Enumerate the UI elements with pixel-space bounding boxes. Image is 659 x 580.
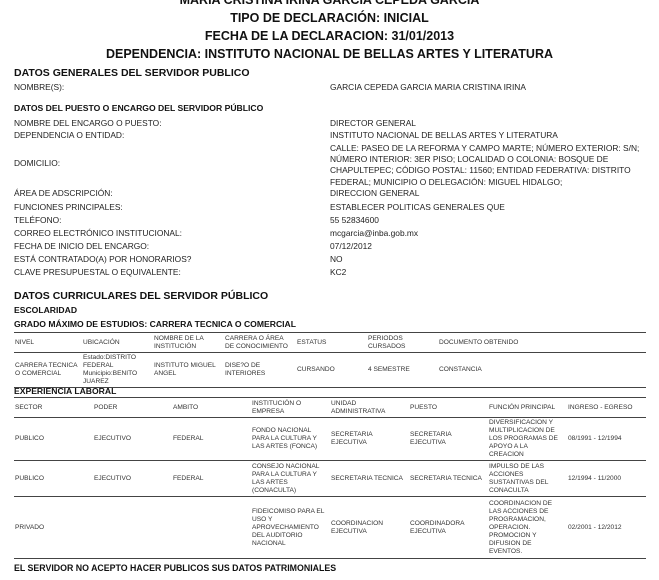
column-header: PERIODOS CURSADOS xyxy=(367,333,438,353)
table-cell: PRIVADO xyxy=(14,497,93,559)
field-value: DIRECTOR GENERAL xyxy=(330,118,640,129)
table-row: PRIVADOFIDEICOMISO PARA EL USO Y APROVEC… xyxy=(14,497,646,559)
section-title-datos-puesto: DATOS DEL PUESTO O ENCARGO DEL SERVIDOR … xyxy=(14,103,263,113)
table-cell: CONSTANCIA xyxy=(438,353,646,388)
column-header: AMBITO xyxy=(172,398,251,418)
field-label: TELÉFONO: xyxy=(14,215,61,225)
field-value: DIRECCION GENERAL xyxy=(330,188,640,199)
table-cell: 4 SEMESTRE xyxy=(367,353,438,388)
table-cell: PUBLICO xyxy=(14,418,93,461)
table-cell: SECRETARIA EJECUTIVA xyxy=(409,418,488,461)
section-title-curriculares: DATOS CURRICULARES DEL SERVIDOR PÚBLICO xyxy=(14,290,268,302)
column-header: DOCUMENTO OBTENIDO xyxy=(438,333,646,353)
declaration-type: TIPO DE DECLARACIÓN: INICIAL xyxy=(0,9,659,27)
table-row: PUBLICOEJECUTIVOFEDERALCONSEJO NACIONAL … xyxy=(14,461,646,497)
document-header: MARIA CRISTINA IRINA GARCIA CEPEDA GARCI… xyxy=(0,0,659,63)
experiencia-table: SECTORPODERAMBITOINSTITUCIÓN O EMPRESAUN… xyxy=(14,397,646,559)
table-cell: IMPULSO DE LAS ACCIONES SUSTANTIVAS DEL … xyxy=(488,461,567,497)
section-title-datos-generales: DATOS GENERALES DEL SERVIDOR PUBLICO xyxy=(14,67,250,79)
table-cell: 02/2001 - 12/2012 xyxy=(567,497,646,559)
grado-maximo: GRADO MÁXIMO DE ESTUDIOS: CARRERA TECNIC… xyxy=(14,319,296,329)
field-label: NOMBRE DEL ENCARGO O PUESTO: xyxy=(14,118,162,128)
table-cell: DISE?O DE INTERIORES xyxy=(224,353,296,388)
table-header-row: SECTORPODERAMBITOINSTITUCIÓN O EMPRESAUN… xyxy=(14,398,646,418)
table-cell: COORDINADORA EJECUTIVA xyxy=(409,497,488,559)
table-row: CARRERA TECNICA O COMERCIALEstado:DISTRI… xyxy=(14,353,646,388)
table-cell: 08/1991 - 12/1994 xyxy=(567,418,646,461)
field-value: INSTITUTO NACIONAL DE BELLAS ARTES Y LIT… xyxy=(330,130,640,141)
column-header: ESTATUS xyxy=(296,333,367,353)
field-value: 07/12/2012 xyxy=(330,241,640,252)
patrimonial-notice: EL SERVIDOR NO ACEPTO HACER PUBLICOS SUS… xyxy=(14,563,336,573)
column-header: SECTOR xyxy=(14,398,93,418)
table-cell: FEDERAL xyxy=(172,461,251,497)
declaration-date: FECHA DE LA DECLARACION: 31/01/2013 xyxy=(0,27,659,45)
field-value: KC2 xyxy=(330,267,640,278)
table-cell: EJECUTIVO xyxy=(93,461,172,497)
table-cell: PUBLICO xyxy=(14,461,93,497)
declarant-name: MARIA CRISTINA IRINA GARCIA CEPEDA GARCI… xyxy=(0,0,659,9)
escolaridad-table: NIVELUBICACIÓNNOMBRE DE LA INSTITUCIÓNCA… xyxy=(14,332,646,388)
table-cell: FIDEICOMISO PARA EL USO Y APROVECHAMIENT… xyxy=(251,497,330,559)
table-cell xyxy=(172,497,251,559)
field-value: 55 52834600 xyxy=(330,215,640,226)
table-cell xyxy=(93,497,172,559)
declaration-agency: DEPENDENCIA: INSTITUTO NACIONAL DE BELLA… xyxy=(0,45,659,63)
table-cell: DIVERSIFICACION Y MULTIPLICACION DE LOS … xyxy=(488,418,567,461)
table-cell: FEDERAL xyxy=(172,418,251,461)
column-header: PODER xyxy=(93,398,172,418)
field-label: FECHA DE INICIO DEL ENCARGO: xyxy=(14,241,149,251)
table-cell: 12/1994 - 11/2000 xyxy=(567,461,646,497)
table-cell: CURSANDO xyxy=(296,353,367,388)
table-cell: INSTITUTO MIGUEL ANGEL xyxy=(153,353,224,388)
table-cell: FONDO NACIONAL PARA LA CULTURA Y LAS ART… xyxy=(251,418,330,461)
table-cell: SECRETARIA TECNICA xyxy=(330,461,409,497)
table-row: PUBLICOEJECUTIVOFEDERALFONDO NACIONAL PA… xyxy=(14,418,646,461)
table-cell: Estado:DISTRITO FEDERAL Municipio:BENITO… xyxy=(82,353,153,388)
table-header-row: NIVELUBICACIÓNNOMBRE DE LA INSTITUCIÓNCA… xyxy=(14,333,646,353)
section-title-experiencia: EXPERIENCIA LABORAL xyxy=(14,386,116,396)
field-label: NOMBRE(S): xyxy=(14,82,64,92)
table-cell: CARRERA TECNICA O COMERCIAL xyxy=(14,353,82,388)
table-cell: CONSEJO NACIONAL PARA LA CULTURA Y LAS A… xyxy=(251,461,330,497)
field-value: NO xyxy=(330,254,640,265)
table-cell: SECRETARIA TECNICA xyxy=(409,461,488,497)
field-value: CALLE: PASEO DE LA REFORMA Y CAMPO MARTE… xyxy=(330,143,640,188)
field-label: FUNCIONES PRINCIPALES: xyxy=(14,202,123,212)
field-value: mcgarcia@inba.gob.mx xyxy=(330,228,640,239)
table-cell: COORDINACION EJECUTIVA xyxy=(330,497,409,559)
field-label: DEPENDENCIA O ENTIDAD: xyxy=(14,130,124,140)
field-value: GARCIA CEPEDA GARCIA MARIA CRISTINA IRIN… xyxy=(330,82,640,93)
field-label: CLAVE PRESUPUESTAL O EQUIVALENTE: xyxy=(14,267,181,277)
table-cell: SECRETARIA EJECUTIVA xyxy=(330,418,409,461)
field-label: ESTÁ CONTRATADO(A) POR HONORARIOS? xyxy=(14,254,191,264)
column-header: FUNCIÓN PRINCIPAL xyxy=(488,398,567,418)
field-value: ESTABLECER POLITICAS GENERALES QUE xyxy=(330,202,640,213)
column-header: NIVEL xyxy=(14,333,82,353)
table-cell: COORDINACION DE LAS ACCIONES DE PROGRAMA… xyxy=(488,497,567,559)
escolaridad-label: ESCOLARIDAD xyxy=(14,305,77,315)
column-header: UNIDAD ADMINISTRATIVA xyxy=(330,398,409,418)
column-header: UBICACIÓN xyxy=(82,333,153,353)
column-header: INGRESO - EGRESO xyxy=(567,398,646,418)
column-header: PUESTO xyxy=(409,398,488,418)
field-label: ÁREA DE ADSCRIPCIÓN: xyxy=(14,188,113,198)
column-header: INSTITUCIÓN O EMPRESA xyxy=(251,398,330,418)
field-label: DOMICILIO: xyxy=(14,158,60,168)
table-cell: EJECUTIVO xyxy=(93,418,172,461)
field-label: CORREO ELECTRÓNICO INSTITUCIONAL: xyxy=(14,228,182,238)
column-header: NOMBRE DE LA INSTITUCIÓN xyxy=(153,333,224,353)
column-header: CARRERA O ÁREA DE CONOCIMIENTO xyxy=(224,333,296,353)
